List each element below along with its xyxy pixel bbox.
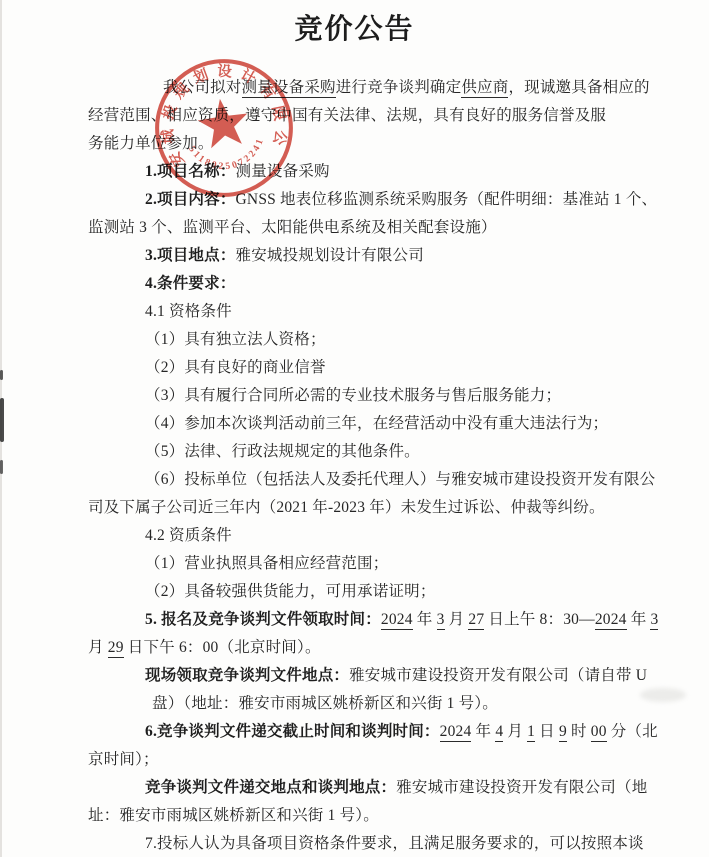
text-segment: 务能力单位参加。 <box>88 135 214 152</box>
text-segment: 4.2 资质条件 <box>145 527 232 544</box>
text-segment: 日上午 8：30— <box>484 611 595 628</box>
text-segment: 盘）（地址：雅安市雨城区姚桥新区和兴街 1 号）。 <box>152 695 498 712</box>
text-segment: （5）法律、行政法规规定的其他条件。 <box>145 443 420 460</box>
text-line: （4）参加本次谈判活动前三年，在经营活动中没有重大违法行为； <box>88 410 703 438</box>
text-line: 6.竞争谈判文件递交截止时间和谈判时间：2024 年 4 月 1 日 9 时 0… <box>88 718 703 746</box>
text-segment: 司及下属子公司近三年内（2021 年-2023 年）未发生过诉讼、仲裁等纠纷。 <box>88 499 605 516</box>
underlined-text: 2024 <box>595 611 627 630</box>
text-segment: 日下午 6：00（北京时间）。 <box>124 639 321 656</box>
text-segment: （3）具有履行合同所必需的专业技术服务与售后服务能力； <box>145 387 561 404</box>
text-segment: （1）具有独立法人资格； <box>145 331 326 348</box>
text-segment: （2）具备较强供货能力，可用承诺证明； <box>145 583 436 600</box>
text-segment: 年 <box>627 611 651 628</box>
text-segment: 我公司拟对 <box>163 79 242 96</box>
text-segment: 月 <box>445 611 469 628</box>
bold-label: 现场领取竞争谈判文件地点： <box>145 667 349 684</box>
text-segment: 测量设备采购 <box>236 163 330 180</box>
bold-label: 1.项目名称： <box>145 163 236 180</box>
text-line: （5）法律、行政法规规定的其他条件。 <box>88 438 703 466</box>
scanned-document-page: { "page": { "title": "竞价公告" }, "seal": {… <box>0 0 709 857</box>
text-segment: 雅安城市建设投资开发有限公司（请自带 U <box>349 667 647 684</box>
text-line: 现场领取竞争谈判文件地点：雅安城市建设投资开发有限公司（请自带 U <box>88 662 703 690</box>
bold-label: 4.条件要求： <box>145 275 236 292</box>
bold-label: 2.项目内容： <box>145 191 236 208</box>
text-line: 1.项目名称：测量设备采购 <box>88 158 703 186</box>
text-line: （6）投标单位（包括法人及委托代理人）与雅安城市建设投资开发有限公 <box>88 466 703 494</box>
underlined-text: 2024 <box>381 611 413 630</box>
text-line: 盘）（地址：雅安市雨城区姚桥新区和兴街 1 号）。 <box>88 690 703 718</box>
text-segment: 月 <box>503 723 527 740</box>
scan-smudge <box>640 688 686 702</box>
bold-label: 3.项目地点： <box>145 247 236 264</box>
text-segment: 经营范围、相应资质，遵守中国有关法律、法规，具有良好的服务信誉及服 <box>88 107 606 124</box>
underlined-text: 9 <box>559 723 567 742</box>
text-segment: 年 <box>471 723 495 740</box>
text-line: 7.投标人认为具备项目资格条件要求，且满足服务要求的，可以按照本谈 <box>88 830 703 857</box>
text-line: （1）具有独立法人资格； <box>88 326 703 354</box>
bold-label: 6.竞争谈判文件递交截止时间和谈判时间： <box>145 723 440 740</box>
text-line: 址：雅安市雨城区姚桥新区和兴街 1 号）。 <box>88 802 703 830</box>
text-line: 4.2 资质条件 <box>88 522 703 550</box>
text-line: （2）具有良好的商业信誉 <box>88 354 703 382</box>
underlined-text: 3 <box>650 611 658 630</box>
document-title: 竞价公告 <box>0 10 709 50</box>
text-segment: 京时间）； <box>88 751 159 768</box>
text-line: 竞争谈判文件递交地点和谈判地点：雅安城市建设投资开发有限公司（地 <box>88 774 703 802</box>
text-line: 经营范围、相应资质，遵守中国有关法律、法规，具有良好的服务信誉及服 <box>88 102 703 130</box>
underlined-text: 2024 <box>440 723 472 742</box>
underlined-text: 供应商 <box>461 79 508 98</box>
text-segment: 雅安城投规划设计有限公司 <box>236 247 424 264</box>
text-line: 我公司拟对测量设备采购进行竞争谈判确定供应商，现诚邀具备相应的 <box>88 74 703 102</box>
text-line: 5. 报名及竞争谈判文件领取时间：2024 年 3 月 27 日上午 8：30—… <box>88 606 703 634</box>
scan-artifact <box>0 460 3 474</box>
text-segment: （6）投标单位（包括法人及委托代理人）与雅安城市建设投资开发有限公 <box>145 471 655 488</box>
underlined-text: 测量设备采购 <box>242 79 336 98</box>
text-segment: 监测站 3 个、监测平台、太阳能供电系统及相关配套设施） <box>88 219 497 236</box>
text-segment: 时 <box>567 723 591 740</box>
text-line: 务能力单位参加。 <box>88 130 703 158</box>
document-body: 我公司拟对测量设备采购进行竞争谈判确定供应商，现诚邀具备相应的经营范围、相应资质… <box>0 74 709 857</box>
bold-label: 竞争谈判文件递交地点和谈判地点： <box>145 779 396 796</box>
scan-artifact <box>0 370 3 380</box>
text-line: （1）营业执照具备相应经营范围； <box>88 550 703 578</box>
text-segment: ，现诚邀具备相应的 <box>508 79 649 96</box>
underlined-text: 27 <box>468 611 484 630</box>
text-line: 2.项目内容：GNSS 地表位移监测系统采购服务（配件明细：基准站 1 个、 <box>88 186 703 214</box>
text-segment: （4）参加本次谈判活动前三年，在经营活动中没有重大违法行为； <box>145 415 608 432</box>
text-line: 监测站 3 个、监测平台、太阳能供电系统及相关配套设施） <box>88 214 703 242</box>
text-line: 月 29 日下午 6：00（北京时间）。 <box>88 634 703 662</box>
text-line: （2）具备较强供货能力，可用承诺证明； <box>88 578 703 606</box>
text-segment: 日 <box>535 723 559 740</box>
underlined-text: 3 <box>437 611 445 630</box>
text-line: 司及下属子公司近三年内（2021 年-2023 年）未发生过诉讼、仲裁等纠纷。 <box>88 494 703 522</box>
underlined-text: 29 <box>108 639 124 658</box>
text-line: 京时间）； <box>88 746 703 774</box>
text-segment: （2）具有良好的商业信誉 <box>145 359 326 376</box>
text-line: 3.项目地点：雅安城投规划设计有限公司 <box>88 242 703 270</box>
text-segment: GNSS 地表位移监测系统采购服务（配件明细：基准站 1 个、 <box>236 191 658 208</box>
text-segment: 进行竞争谈判确定 <box>336 79 462 96</box>
text-segment: 7.投标人认为具备项目资格条件要求，且满足服务要求的，可以按照本谈 <box>145 835 644 852</box>
text-segment: （1）营业执照具备相应经营范围； <box>145 555 388 572</box>
bold-label: 5. 报名及竞争谈判文件领取时间： <box>145 611 381 628</box>
text-segment: 址：雅安市雨城区姚桥新区和兴街 1 号）。 <box>88 807 379 824</box>
text-line: 4.1 资格条件 <box>88 298 703 326</box>
text-segment: 分（北 <box>607 723 658 740</box>
underlined-text: 1 <box>527 723 535 742</box>
text-segment: 雅安城市建设投资开发有限公司（地 <box>396 779 647 796</box>
text-segment: 年 <box>413 611 437 628</box>
text-line: （3）具有履行合同所必需的专业技术服务与售后服务能力； <box>88 382 703 410</box>
text-line: 4.条件要求： <box>88 270 703 298</box>
text-segment: 月 <box>88 639 108 656</box>
text-segment: 4.1 资格条件 <box>145 303 232 320</box>
scan-artifact <box>0 398 4 442</box>
underlined-text: 00 <box>591 723 607 742</box>
